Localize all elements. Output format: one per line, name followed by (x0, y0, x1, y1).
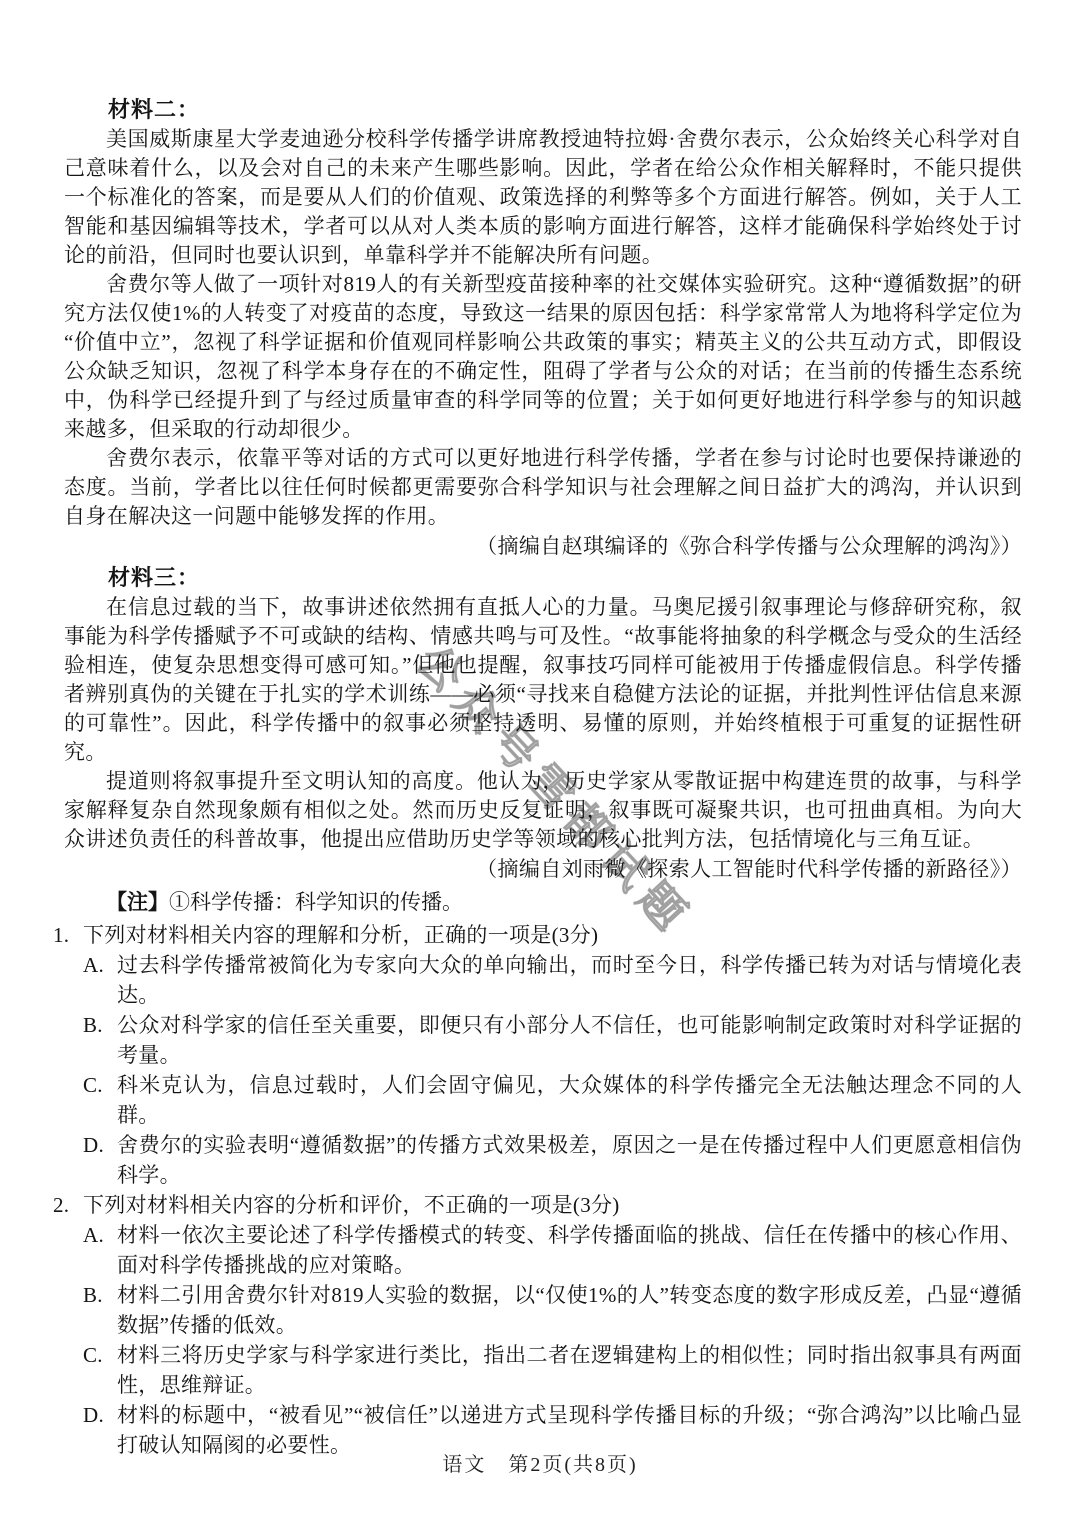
material-3-paragraph-2: 提道则将叙事提升至文明认知的高度。他认为，历史学家从零散证据中构建连贯的故事，与… (64, 767, 1022, 854)
question-2-option-b-text: 材料二引用舍费尔针对819人实验的数据，以“仅使1%的人”转变态度的数字形成反差… (117, 1280, 1022, 1340)
material-3-section: 材料三： 在信息过载的当下，故事讲述依然拥有直抵人心的力量。马奥尼援引叙事理论与… (64, 562, 1022, 885)
footnote-text: ①科学传播：科学知识的传播。 (169, 890, 463, 914)
question-1-option-b-text: 公众对科学家的信任至关重要，即便只有小部分人不信任，也可能影响制定政策时对科学证… (117, 1010, 1022, 1070)
question-1-option-d-label: D. (83, 1130, 117, 1190)
footnote-label: 【注】 (106, 890, 169, 914)
question-2-option-c: C. 材料三将历史学家与科学家进行类比，指出二者在逻辑建构上的相似性；同时指出叙… (53, 1340, 1022, 1400)
question-2-option-a: A. 材料一依次主要论述了科学传播模式的转变、科学传播面临的挑战、信任在传播中的… (53, 1220, 1022, 1280)
question-1-option-c-text: 科米克认为，信息过载时，人们会固守偏见，大众媒体的科学传播完全无法触达理念不同的… (117, 1070, 1022, 1130)
question-2-option-a-text: 材料一依次主要论述了科学传播模式的转变、科学传播面临的挑战、信任在传播中的核心作… (117, 1220, 1022, 1280)
material-3-attribution: （摘编自刘雨微《探索人工智能时代科学传播的新路径》） (64, 854, 1022, 885)
material-2-heading: 材料二： (64, 94, 1022, 125)
question-2-option-c-label: C. (83, 1340, 117, 1400)
material-3-heading: 材料三： (64, 562, 1022, 593)
question-1-option-c-label: C. (83, 1070, 117, 1130)
question-1-option-a-text: 过去科学传播常被简化为专家向大众的单向输出，而时至今日，科学传播已转为对话与情境… (117, 950, 1022, 1010)
question-2: 2. 下列对材料相关内容的分析和评价，不正确的一项是(3分) A. 材料一依次主… (53, 1190, 1022, 1460)
exam-page-body: 材料二： 美国威斯康星大学麦迪逊分校科学传播学讲席教授迪特拉姆·舍费尔表示，公众… (64, 94, 1022, 1460)
footnote: 【注】①科学传播：科学知识的传播。 (64, 887, 1022, 918)
material-2-paragraph-1: 美国威斯康星大学麦迪逊分校科学传播学讲席教授迪特拉姆·舍费尔表示，公众始终关心科… (64, 125, 1022, 270)
question-1-option-c: C. 科米克认为，信息过载时，人们会固守偏见，大众媒体的科学传播完全无法触达理念… (53, 1070, 1022, 1130)
question-1-option-d-text: 舍费尔的实验表明“遵循数据”的传播方式效果极差，原因之一是在传播过程中人们更愿意… (117, 1130, 1022, 1190)
question-1-option-d: D. 舍费尔的实验表明“遵循数据”的传播方式效果极差，原因之一是在传播过程中人们… (53, 1130, 1022, 1190)
question-1-option-a-label: A. (83, 950, 117, 1010)
question-1-stem: 下列对材料相关内容的理解和分析，正确的一项是(3分) (83, 920, 1022, 950)
question-2-option-a-label: A. (83, 1220, 117, 1280)
question-1: 1. 下列对材料相关内容的理解和分析，正确的一项是(3分) A. 过去科学传播常… (53, 920, 1022, 1190)
material-2-paragraph-2: 舍费尔等人做了一项针对819人的有关新型疫苗接种率的社交媒体实验研究。这种“遵循… (64, 270, 1022, 444)
question-2-option-c-text: 材料三将历史学家与科学家进行类比，指出二者在逻辑建构上的相似性；同时指出叙事具有… (117, 1340, 1022, 1400)
material-3-paragraph-1: 在信息过载的当下，故事讲述依然拥有直抵人心的力量。马奥尼援引叙事理论与修辞研究称… (64, 593, 1022, 767)
question-2-number: 2. (53, 1190, 83, 1220)
material-2-section: 材料二： 美国威斯康星大学麦迪逊分校科学传播学讲席教授迪特拉姆·舍费尔表示，公众… (64, 94, 1022, 562)
question-1-stem-row: 1. 下列对材料相关内容的理解和分析，正确的一项是(3分) (53, 920, 1022, 950)
question-2-option-b-label: B. (83, 1280, 117, 1340)
question-1-option-b-label: B. (83, 1010, 117, 1070)
question-2-option-b: B. 材料二引用舍费尔针对819人实验的数据，以“仅使1%的人”转变态度的数字形… (53, 1280, 1022, 1340)
material-2-attribution: （摘编自赵琪编译的《弥合科学传播与公众理解的鸿沟》） (64, 531, 1022, 562)
question-2-stem: 下列对材料相关内容的分析和评价，不正确的一项是(3分) (83, 1190, 1022, 1220)
question-1-option-b: B. 公众对科学家的信任至关重要，即便只有小部分人不信任，也可能影响制定政策时对… (53, 1010, 1022, 1070)
questions-block: 1. 下列对材料相关内容的理解和分析，正确的一项是(3分) A. 过去科学传播常… (53, 920, 1022, 1460)
material-2-paragraph-3: 舍费尔表示，依靠平等对话的方式可以更好地进行科学传播，学者在参与讨论时也要保持谦… (64, 444, 1022, 531)
question-2-stem-row: 2. 下列对材料相关内容的分析和评价，不正确的一项是(3分) (53, 1190, 1022, 1220)
question-1-option-a: A. 过去科学传播常被简化为专家向大众的单向输出，而时至今日，科学传播已转为对话… (53, 950, 1022, 1010)
page-footer: 语文 第2页(共8页) (0, 1448, 1080, 1477)
question-1-number: 1. (53, 920, 83, 950)
